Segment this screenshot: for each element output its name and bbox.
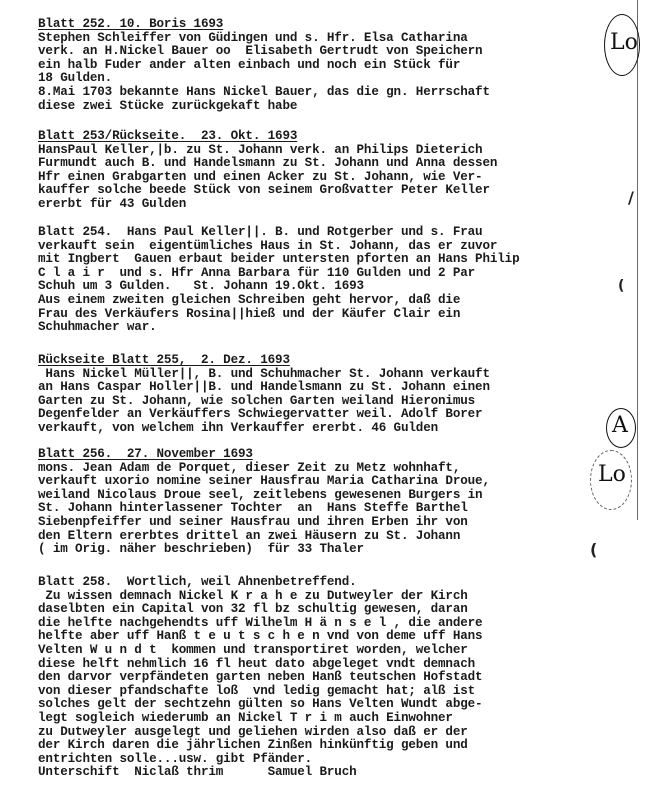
text-line: ein halb Fuder ander alten einbach und n… xyxy=(38,59,638,73)
text-line: ererbt für 43 Gulden xyxy=(38,198,638,212)
text-line: mit Ingbert Gauen erbaut beider unterste… xyxy=(38,253,638,267)
text-line: Schuh um 3 Gulden. St. Johann 19.Okt. 16… xyxy=(38,280,638,294)
entry-heading: Blatt 252. 10. Boris 1693 xyxy=(38,18,638,32)
text-line: daselbten ein Capital von 32 fl bz schul… xyxy=(38,603,638,617)
pen-mark-paren: ( xyxy=(618,278,624,294)
entry-heading: Blatt 258. Wortlich, weil Ahnenbetreffen… xyxy=(38,576,638,590)
text-line: verk. an H.Nickel Bauer oo Elisabeth Ger… xyxy=(38,45,638,59)
handwritten-a-annotation: A xyxy=(612,413,628,438)
entry-blatt-253: Blatt 253/Rückseite. 23. Okt. 1693 HansP… xyxy=(38,130,638,212)
text-line: zu Dutweyler ausgelegt und geliehen wird… xyxy=(38,726,638,740)
pen-mark-paren: ( xyxy=(590,540,597,559)
text-line: St. Johann hinterlassener Tochter an Han… xyxy=(38,502,638,516)
text-line: Stephen Schleiffer von Güdingen und s. H… xyxy=(38,32,638,46)
text-line: ( im Orig. näher beschrieben) für 33 Tha… xyxy=(38,543,638,557)
text-line: Degenfelder an Verkäuffers Schwiegervatt… xyxy=(38,408,638,422)
text-line: legt sogleich wiederumb an Nickel T r i … xyxy=(38,712,638,726)
entry-heading: Rückseite Blatt 255, 2. Dez. 1693 xyxy=(38,354,638,368)
pen-mark-slash: / xyxy=(628,188,634,207)
text-line: solches gelt der sechtzehn gülten so Han… xyxy=(38,698,638,712)
text-line: an Hans Caspar Holler||B. und Handelsman… xyxy=(38,381,638,395)
text-line: von dieser pfandschafte loß vnd ledig ge… xyxy=(38,685,638,699)
text-line: Siebenpfeiffer und seiner Hausfrau und i… xyxy=(38,516,638,530)
entry-blatt-255: Rückseite Blatt 255, 2. Dez. 1693 Hans N… xyxy=(38,354,638,436)
text-line: verkauft uxorio nomine seiner Hausfrau M… xyxy=(38,475,638,489)
entry-heading: Blatt 253/Rückseite. 23. Okt. 1693 xyxy=(38,130,638,144)
entry-blatt-254: Blatt 254. Hans Paul Keller||. B. und Ro… xyxy=(38,226,638,335)
handwritten-lo-annotation: Lo xyxy=(610,30,638,55)
text-line: diese zwei Stücke zurückgekaft habe xyxy=(38,100,638,114)
entry-blatt-256: Blatt 256. 27. November 1693 mons. Jean … xyxy=(38,448,638,557)
text-line: verkauft sein eigentümliches Haus in St.… xyxy=(38,240,638,254)
text-line: 8.Mai 1703 bekannte Hans Nickel Bauer, d… xyxy=(38,86,638,100)
text-line: 18 Gulden. xyxy=(38,72,638,86)
text-line: weiland Nicolaus Droue seel, zeitlebens … xyxy=(38,489,638,503)
text-line: Schuhmacher war. xyxy=(38,321,638,335)
text-line: entrichten solle...usw. gibt Pfänder. xyxy=(38,753,638,767)
text-line: die helfte nachgehendts uff Wilhelm H ä … xyxy=(38,617,638,631)
text-line: Velten W u n d t kommen und transportire… xyxy=(38,644,638,658)
text-line: mons. Jean Adam de Porquet, dieser Zeit … xyxy=(38,462,638,476)
text-line: der Kirch daren die jährlichen Zinßen hi… xyxy=(38,739,638,753)
text-line: Garten zu St. Johann, wie solchen Garten… xyxy=(38,395,638,409)
text-line: helfte aber uff Hanß t e u t s c h e n v… xyxy=(38,630,638,644)
entry-heading: Blatt 254. Hans Paul Keller||. B. und Ro… xyxy=(38,226,638,240)
text-line: den Eltern ererbtes drittel an zwei Häus… xyxy=(38,530,638,544)
text-line: den darvor verpfändeten garten neben Han… xyxy=(38,671,638,685)
text-line: Furmundt auch B. und Handelsmann zu St. … xyxy=(38,157,638,171)
text-line: kauffer solche beede Stück von seinem Gr… xyxy=(38,184,638,198)
text-line: Hans Nickel Müller||, B. und Schuhmacher… xyxy=(38,368,638,382)
handwritten-lo-annotation-2: Lo xyxy=(598,462,626,487)
scanned-document-page: Blatt 252. 10. Boris 1693 Stephen Schlei… xyxy=(0,0,646,800)
text-line: diese helft nehmlich 16 fl heut dato abg… xyxy=(38,658,638,672)
signature-line: Unterschift Niclaß thrim Samuel Bruch xyxy=(38,766,638,780)
text-line: C l a i r und s. Hfr Anna Barbara für 11… xyxy=(38,267,638,281)
entry-blatt-258: Blatt 258. Wortlich, weil Ahnenbetreffen… xyxy=(38,576,638,780)
entry-blatt-252: Blatt 252. 10. Boris 1693 Stephen Schlei… xyxy=(38,18,638,113)
text-line: Hfr einen Grabgarten und einen Acker zu … xyxy=(38,171,638,185)
text-line: Aus einem zweiten gleichen Schreiben geh… xyxy=(38,294,638,308)
text-line: verkauft, von welchem ihn Verkauffer ere… xyxy=(38,422,638,436)
text-line: HansPaul Keller,|b. zu St. Johann verk. … xyxy=(38,144,638,158)
entry-heading: Blatt 256. 27. November 1693 xyxy=(38,448,638,462)
text-line: Frau des Verkäufers Rosina||hieß und der… xyxy=(38,308,638,322)
text-line: Zu wissen demnach Nickel K r a h e zu Du… xyxy=(38,590,638,604)
